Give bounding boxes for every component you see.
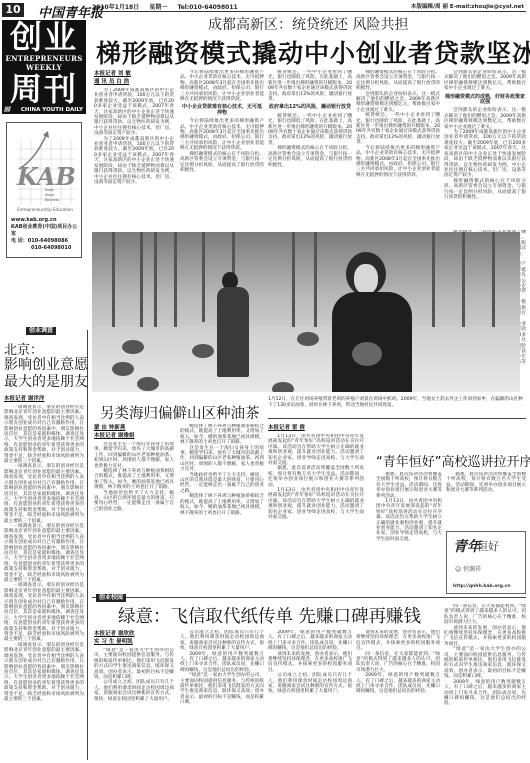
ad-title-2: 恒好 (477, 538, 499, 554)
lead-column-2: 今后将陆续推出更多的梯形融资产品。中小企业贷款有核心技术，无可抵押物。高新区20… (180, 70, 264, 226)
youth-column-3: 据悉，此次巡讲活动将覆盖全国数十所高校，预计将有数万名大学生受益。活动期间，还将… (446, 472, 526, 528)
campus-column-2: 公司成立之初，团队成员只有几个人。他们利用课余时间走访校园周边商家，说服商家尝试… (180, 630, 264, 760)
survey-body: 一项调查显示，朋友的创业经历是影响北京青年创业意愿的最主要因素。调查发现，受访者… (4, 405, 84, 760)
china-youth-daily-strip: ///// CHINA YOUTH DAILY (2, 106, 86, 114)
youth-column-2: 据悉，此次巡讲活动将覆盖全国数十所高校，预计将有数万名大学生受益。活动期间，还将… (376, 472, 442, 590)
oil-tea-byline-1: 蒙 由 钟新燕 (94, 424, 134, 432)
lead-subhead: 成都高新区：统贷统还 风险共担 (208, 14, 408, 34)
oil-tea-column-2: 她选择了林下养鸡与种植油茶相结合的模式，既提高了土地利用率，又增加了收入。如今，… (180, 424, 264, 590)
oil-tea-byline-2: 本报记者 谢雅娟 (94, 432, 134, 440)
bottom-divider (92, 597, 526, 598)
ad-sponsor: ☺ 恒源祥 (455, 564, 481, 573)
photo-caption: 1月12日，在丘区鸡场养殖带着老鸡的养殖户刘某在鸡场中抓鸡。2009年，当地女士… (268, 397, 526, 408)
youth-column-1: 1月13日，由共青团中央和团中央青年发展部发起的“青年恒好”高校巡讲活动在京拉开… (268, 434, 364, 590)
svg-text:Know: Know (45, 188, 54, 192)
lead-column-3: 统贷统还。一些中小企业看到了曙光，银行也降低了风险。在此基础上，高新区进一步推出… (268, 70, 352, 226)
kab-org: KAB创业教育(中国)项目办公室 (11, 224, 81, 238)
lead-byline-2: 通 讯 员 白 浩 (94, 78, 174, 86)
campus-byline-1: 本报记者 谢欣欣 (94, 630, 134, 638)
hotline: Tel:010-64098011 (177, 4, 237, 11)
campus-column-4: 谈到未来的发展，创办者表示，他们将继续坚持环保理念，在更多高校推广飞信宣传模式，… (356, 630, 440, 760)
top-divider (92, 11, 526, 12)
kab-phone-1: 010-64098086 (28, 238, 68, 244)
sidebar-divider (87, 330, 88, 760)
survey-section-tag: 创业调查 (26, 327, 56, 335)
oil-tea-column-1: 这是发生在一个海归女孩身上的故事。她留学归来，放弃了大城市的高薪工作，回到偏僻的… (94, 442, 174, 590)
editor-line: 本版编辑/周 丽 E-mail:zhoujie@cyol.net (411, 2, 524, 10)
kab-contact: www.kab.org.cn KAB创业教育(中国)项目办公室 电 话：010-… (11, 217, 81, 252)
youth-byline: 本报记者 雷 倩 (268, 424, 305, 432)
issue-date: 2010年1月18日 (92, 4, 139, 11)
youth-headline: “青年恒好”高校巡讲拉开序幕 (376, 451, 530, 470)
campus-column-5: 同一条信息，让大家都能看到。“绿意”的模式得到了越来越多人的认可。团队负责人说，… (444, 604, 526, 760)
kab-phone-2: 010-64098010 (11, 245, 81, 252)
oil-tea-bylines: 蒙 由 钟新燕 本报记者 谢雅娟 (94, 424, 134, 440)
kab-website[interactable]: www.kab.org.cn (11, 217, 81, 224)
oil-tea-headline: 另类海归偏僻山区种油茶 (100, 402, 260, 423)
page-number: 10 (2, 3, 24, 17)
section-title-top: 创业 (2, 20, 86, 54)
kab-phone-row: 电 话：010-64098086 (11, 238, 81, 245)
caption-divider (268, 418, 526, 419)
lead-subsection-2: 政府拿出12%的风险，撬动银行放贷 (268, 105, 352, 110)
survey-byline: 本报记者 谢洋洋 (4, 395, 44, 403)
svg-text:About: About (45, 193, 55, 197)
svg-text:KAB: KAB (16, 162, 76, 191)
lead-column-5: 尝到甜头的企业纷纷表示，这一模式解决了他们的燃眉之急。2009年高新区梯形融资规… (444, 70, 526, 226)
kab-advertisement: KAB Know About Business Entrepreneurship… (6, 122, 82, 258)
kab-logo-icon: KAB Know About Business (11, 129, 77, 207)
lead-byline-1: 本报记者 刘 敏 (94, 70, 174, 78)
ad-url[interactable]: http://qnhh.kab.org.cn (453, 584, 510, 589)
campus-bylines: 本报记者 谢欣欣 实 习 生 晏明凯 (94, 630, 134, 646)
lead-subsection-1: 中小企业贷款难有核心技术，无可抵押物 (180, 105, 264, 116)
hatch-decoration-icon: ///// (4, 106, 10, 114)
section-title-bottom: 周刊 (2, 72, 86, 106)
lead-column-4: 梯形融资模式的核心在于风险分担。高新区管委会设立专项资金，与银行按一定比例分担风… (356, 70, 440, 226)
campus-headline: 绿意：飞信取代纸传单 先赚口碑再赚钱 (118, 603, 421, 628)
oil-tea-photo (92, 232, 520, 392)
section-brand: 创业 ENTREPRENEURS WEEKLY 周刊 (2, 20, 86, 106)
kab-tagline: Entrepreneurship Education (9, 207, 81, 212)
campus-column-1: “绿意”是一家由大学生创办的公司，主要面向校园提供信息服务。与传统的纸质传单相比… (94, 648, 174, 760)
lead-headline: 梯形融资模式撬动中小创业者贷款坚冰 (96, 34, 530, 70)
survey-headline-1: 北京： (4, 339, 43, 358)
issue-weekday: 星期一 (149, 4, 167, 11)
survey-headline-2: 影响创业意愿最大的是朋友 (4, 357, 90, 391)
campus-column-3: 2009年，绿意的用户数突破数万人。有了口碑之后，越来越多的商家主动找上门来寻求… (268, 630, 352, 760)
campus-byline-2: 实 习 生 晏明凯 (94, 638, 134, 646)
lead-bylines: 本报记者 刘 敏 通 讯 员 白 浩 (94, 70, 174, 86)
lead-subsection-3: 梯形融资模式的成熟，好财务政策家底强 (444, 95, 526, 106)
svg-text:Business: Business (45, 198, 59, 202)
dateline: 2010年1月18日 星期一 Tel:010-64098011 (92, 2, 246, 11)
lead-column-1: 为了2009年成都高新区的中小企业创业者申请贷款，100万元以下的贷款难度较大。… (94, 88, 174, 226)
qingnian-henghao-ad: 青年 恒好 ☺ 恒源祥 http://qnhh.kab.org.cn (446, 531, 526, 594)
china-youth-daily-label: CHINA YOUTH DAILY (21, 107, 83, 113)
campus-section-tag: 创业校园 (96, 594, 126, 602)
